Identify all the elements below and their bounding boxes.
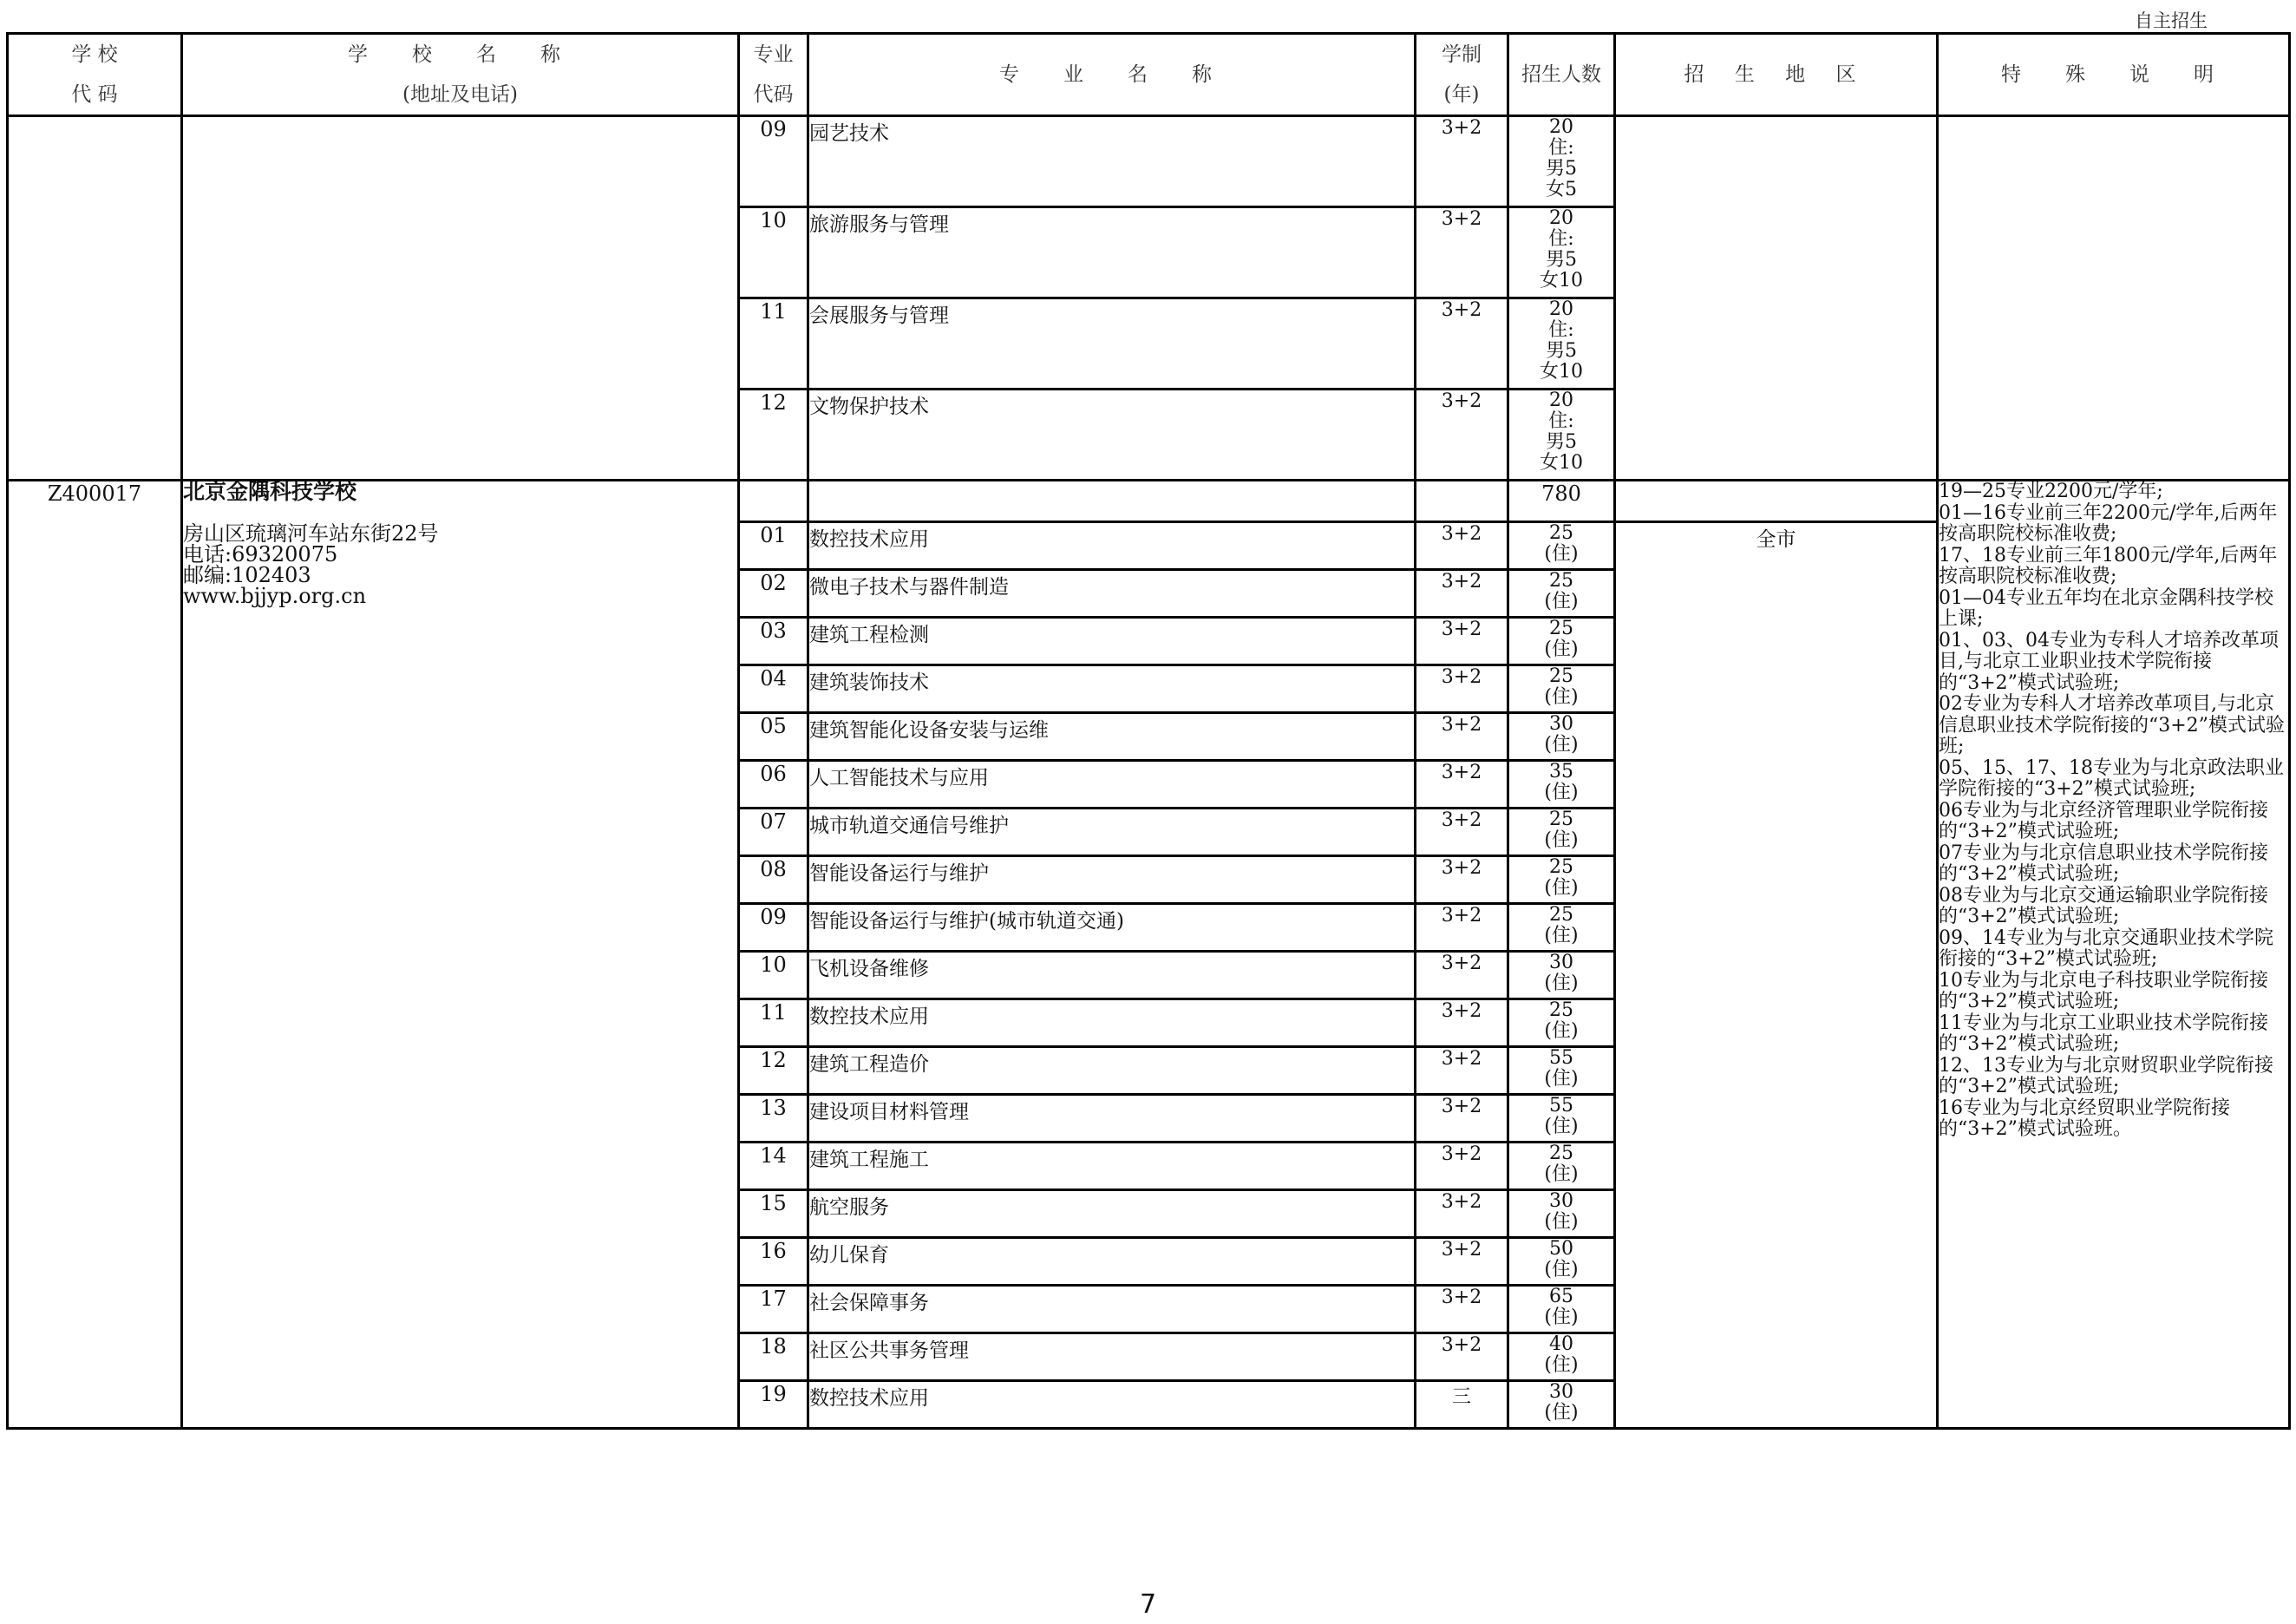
enrollment-count: 20住:男5女5 <box>1508 116 1615 207</box>
header-text: 代码 <box>740 75 807 115</box>
enrollment-count: 65(住) <box>1508 1286 1615 1333</box>
major-name: 建筑工程施工 <box>808 1143 1416 1190</box>
enrollment-line: 25 <box>1509 666 1613 687</box>
enrollment-line: 25 <box>1509 1000 1613 1021</box>
enrollment-line: (住) <box>1509 592 1613 612</box>
enrollment-count: 25(住) <box>1508 618 1615 665</box>
enrollment-count: 40(住) <box>1508 1333 1615 1381</box>
major-code: 09 <box>739 116 808 207</box>
major-name: 建筑智能化设备安装与运维 <box>808 713 1416 761</box>
enrollment-line: (住) <box>1509 1307 1613 1328</box>
enrollment-line: 25 <box>1509 619 1613 639</box>
table-header-row: 学 校 代 码 学 校 名 称 (地址及电话) 专业 代码 专 业 名 称 学制… <box>8 34 2290 116</box>
enrollment-region: 全市 <box>1615 522 1938 1429</box>
enrollment-line: (住) <box>1509 1403 1613 1424</box>
major-code: 04 <box>739 665 808 713</box>
major-code: 13 <box>739 1095 808 1143</box>
enrollment-line: 25 <box>1509 1143 1613 1164</box>
special-notes: 19—25专业2200元/学年;01—16专业前三年2200元/学年,后两年按高… <box>1938 481 2290 1429</box>
major-name: 园艺技术 <box>808 116 1416 207</box>
major-code: 18 <box>739 1333 808 1381</box>
school-code: Z400017 <box>8 481 182 1429</box>
major-code: 02 <box>739 570 808 618</box>
duration: 3+2 <box>1416 809 1508 856</box>
enrollment-count: 20住:男5女10 <box>1508 298 1615 390</box>
header-text: 招 生 地 区 <box>1684 63 1868 86</box>
enrollment-count: 25(住) <box>1508 856 1615 904</box>
enrollment-line: (住) <box>1509 1355 1613 1376</box>
enrollment-count: 25(住) <box>1508 665 1615 713</box>
duration: 3+2 <box>1416 856 1508 904</box>
duration: 3+2 <box>1416 952 1508 999</box>
empty-cell <box>739 481 808 522</box>
major-code: 10 <box>739 207 808 298</box>
duration: 3+2 <box>1416 1190 1508 1238</box>
duration: 3+2 <box>1416 207 1508 298</box>
school-address: 房山区琉璃河车站东街22号 <box>183 523 737 544</box>
enrollment-line: 30 <box>1509 714 1613 735</box>
enrollment-line: (住) <box>1509 973 1613 994</box>
enrollment-line: (住) <box>1509 1069 1613 1090</box>
major-name: 航空服务 <box>808 1190 1416 1238</box>
duration: 3+2 <box>1416 904 1508 952</box>
school-postcode: 邮编:102403 <box>183 565 737 586</box>
major-name: 建筑工程造价 <box>808 1047 1416 1095</box>
enrollment-line: 25 <box>1509 809 1613 830</box>
note-item: 01、03、04专业为专科人才培养改革项目,与北京工业职业技术学院衔接的“3+2… <box>1939 631 2288 695</box>
note-item: 11专业为与北京工业职业技术学院衔接的“3+2”模式试验班; <box>1939 1013 2288 1056</box>
enrollment-line: 50 <box>1509 1239 1613 1260</box>
major-name: 数控技术应用 <box>808 1381 1416 1429</box>
enrollment-count: 25(住) <box>1508 999 1615 1047</box>
note-item: 19—25专业2200元/学年; <box>1939 481 2288 503</box>
enrollment-line: 女10 <box>1509 453 1613 474</box>
header-text: 学 校 名 称 <box>183 35 737 75</box>
school-name: 北京金隅科技学校 <box>183 481 737 502</box>
enrollment-count: 25(住) <box>1508 809 1615 856</box>
enrollment-line: 25 <box>1509 571 1613 592</box>
major-code: 14 <box>739 1143 808 1190</box>
major-code: 17 <box>739 1286 808 1333</box>
enrollment-line: (住) <box>1509 687 1613 708</box>
enrollment-count: 25(住) <box>1508 522 1615 570</box>
note-item: 16专业为与北京经贸职业学院衔接的“3+2”模式试验班。 <box>1939 1098 2288 1141</box>
major-name: 数控技术应用 <box>808 522 1416 570</box>
duration: 3+2 <box>1416 1333 1508 1381</box>
enrollment-count: 30(住) <box>1508 1190 1615 1238</box>
header-text: (年) <box>1416 75 1507 115</box>
duration: 3+2 <box>1416 618 1508 665</box>
duration: 3+2 <box>1416 665 1508 713</box>
enrollment-line: 40 <box>1509 1334 1613 1355</box>
duration: 3+2 <box>1416 1095 1508 1143</box>
enrollment-line: 20 <box>1509 390 1613 411</box>
note-item: 05、15、17、18专业为与北京政法职业学院衔接的“3+2”模式试验班; <box>1939 758 2288 801</box>
enrollment-line: 30 <box>1509 1191 1613 1212</box>
enrollment-line: (住) <box>1509 1116 1613 1137</box>
enrollment-line: (住) <box>1509 1164 1613 1185</box>
enrollment-line: 20 <box>1509 208 1613 229</box>
enrollment-line: (住) <box>1509 1260 1613 1280</box>
major-code: 15 <box>739 1190 808 1238</box>
header-text: 招生人数 <box>1521 63 1601 86</box>
major-name: 社区公共事务管理 <box>808 1333 1416 1381</box>
major-code: 11 <box>739 999 808 1047</box>
header-school-name: 学 校 名 称 (地址及电话) <box>182 34 739 116</box>
header-text: (地址及电话) <box>183 75 737 115</box>
major-name: 建筑工程检测 <box>808 618 1416 665</box>
duration: 3+2 <box>1416 570 1508 618</box>
duration: 3+2 <box>1416 1238 1508 1286</box>
enrollment-count: 55(住) <box>1508 1095 1615 1143</box>
duration: 3+2 <box>1416 522 1508 570</box>
major-name: 文物保护技术 <box>808 390 1416 481</box>
major-name: 飞机设备维修 <box>808 952 1416 999</box>
major-name: 旅游服务与管理 <box>808 207 1416 298</box>
enrollment-line: (住) <box>1509 735 1613 756</box>
enrollment-line: 30 <box>1509 1382 1613 1403</box>
enrollment-line: 住: <box>1509 411 1613 432</box>
major-name: 智能设备运行与维护 <box>808 856 1416 904</box>
school-info-cell <box>182 116 739 481</box>
major-code: 11 <box>739 298 808 390</box>
enrollment-line: 女10 <box>1509 362 1613 383</box>
document-category-label: 自主招生 <box>2135 7 2208 33</box>
major-name: 建筑装饰技术 <box>808 665 1416 713</box>
enrollment-line: 55 <box>1509 1096 1613 1116</box>
enrollment-line: 25 <box>1509 905 1613 926</box>
empty-cell <box>1615 481 1938 522</box>
duration: 3+2 <box>1416 116 1508 207</box>
enrollment-line: 55 <box>1509 1048 1613 1069</box>
enrollment-line: 女5 <box>1509 180 1613 200</box>
duration: 3+2 <box>1416 999 1508 1047</box>
duration: 3+2 <box>1416 1286 1508 1333</box>
major-code: 05 <box>739 713 808 761</box>
note-item: 17、18专业前三年1800元/学年,后两年按高职院校标准收费; <box>1939 546 2288 588</box>
header-major-name: 专 业 名 称 <box>808 34 1416 116</box>
header-school-code: 学 校 代 码 <box>8 34 182 116</box>
school-info: 北京金隅科技学校房山区琉璃河车站东街22号电话:69320075邮编:10240… <box>182 481 739 1429</box>
major-name: 社会保障事务 <box>808 1286 1416 1333</box>
table-row: 09园艺技术3+220住:男5女5 <box>8 116 2290 207</box>
duration: 3+2 <box>1416 390 1508 481</box>
enrollment-count: 55(住) <box>1508 1047 1615 1095</box>
header-text: 代 码 <box>9 75 180 115</box>
note-item: 10专业为与北京电子科技职业学院衔接的“3+2”模式试验班; <box>1939 971 2288 1013</box>
major-name: 会展服务与管理 <box>808 298 1416 390</box>
major-name: 幼儿保育 <box>808 1238 1416 1286</box>
header-duration: 学制 (年) <box>1416 34 1508 116</box>
major-code: 09 <box>739 904 808 952</box>
header-region: 招 生 地 区 <box>1615 34 1938 116</box>
duration: 3+2 <box>1416 1143 1508 1190</box>
page-number: 7 <box>0 1589 2296 1620</box>
enrollment-count: 30(住) <box>1508 1381 1615 1429</box>
header-text: 专 业 名 称 <box>999 63 1224 86</box>
note-item: 01—04专业五年均在北京金隅科技学校上课; <box>1939 588 2288 631</box>
major-code: 06 <box>739 761 808 809</box>
note-item: 06专业为与北京经济管理职业学院衔接的“3+2”模式试验班; <box>1939 801 2288 843</box>
enrollment-line: 女10 <box>1509 271 1613 291</box>
enrollment-line: (住) <box>1509 639 1613 660</box>
empty-cell <box>808 481 1416 522</box>
enrollment-line: 25 <box>1509 523 1613 544</box>
note-item: 09、14专业为与北京交通职业技术学院衔接的“3+2”模式试验班; <box>1939 928 2288 971</box>
major-code: 12 <box>739 390 808 481</box>
enrollment-line: 20 <box>1509 299 1613 320</box>
major-name: 智能设备运行与维护(城市轨道交通) <box>808 904 1416 952</box>
major-code: 03 <box>739 618 808 665</box>
total-enrollment: 780 <box>1508 481 1615 522</box>
major-code: 07 <box>739 809 808 856</box>
major-name: 数控技术应用 <box>808 999 1416 1047</box>
note-item: 08专业为与北京交通运输职业学院衔接的“3+2”模式试验班; <box>1939 886 2288 928</box>
school-code-cell <box>8 116 182 481</box>
header-text: 学制 <box>1416 35 1507 75</box>
school-website[interactable]: www.bjjyp.org.cn <box>183 586 737 606</box>
enrollment-table: 学 校 代 码 学 校 名 称 (地址及电话) 专业 代码 专 业 名 称 学制… <box>6 32 2291 1430</box>
enrollment-line: 20 <box>1509 117 1613 138</box>
enrollment-line: (住) <box>1509 830 1613 851</box>
enrollment-line: (住) <box>1509 878 1613 899</box>
enrollment-line: 25 <box>1509 857 1613 878</box>
school-phone: 电话:69320075 <box>183 544 737 565</box>
enrollment-line: 男5 <box>1509 159 1613 180</box>
header-enrollment: 招生人数 <box>1508 34 1615 116</box>
header-text: 特 殊 说 明 <box>2001 63 2226 86</box>
enrollment-line: (住) <box>1509 1021 1613 1042</box>
enrollment-line: 35 <box>1509 762 1613 783</box>
header-notes: 特 殊 说 明 <box>1938 34 2290 116</box>
duration: 3+2 <box>1416 713 1508 761</box>
enrollment-count: 20住:男5女10 <box>1508 207 1615 298</box>
major-name: 建设项目材料管理 <box>808 1095 1416 1143</box>
enrollment-count: 20住:男5女10 <box>1508 390 1615 481</box>
header-text: 专业 <box>740 35 807 75</box>
header-text: 学 校 <box>9 35 180 75</box>
school-total-row: Z400017北京金隅科技学校房山区琉璃河车站东街22号电话:69320075邮… <box>8 481 2290 522</box>
major-code: 01 <box>739 522 808 570</box>
enrollment-line: 65 <box>1509 1287 1613 1307</box>
enrollment-line: 住: <box>1509 320 1613 341</box>
major-code: 10 <box>739 952 808 999</box>
enrollment-line: (住) <box>1509 1212 1613 1233</box>
duration: 三 <box>1416 1381 1508 1429</box>
major-code: 16 <box>739 1238 808 1286</box>
major-code: 19 <box>739 1381 808 1429</box>
empty-cell <box>1416 481 1508 522</box>
major-name: 城市轨道交通信号维护 <box>808 809 1416 856</box>
enrollment-line: (住) <box>1509 783 1613 803</box>
enrollment-count: 35(住) <box>1508 761 1615 809</box>
enrollment-line: 男5 <box>1509 341 1613 362</box>
enrollment-line: (住) <box>1509 544 1613 565</box>
major-code: 12 <box>739 1047 808 1095</box>
enrollment-line: (住) <box>1509 926 1613 946</box>
enrollment-line: 住: <box>1509 229 1613 250</box>
enrollment-count: 25(住) <box>1508 904 1615 952</box>
duration: 3+2 <box>1416 761 1508 809</box>
note-item: 12、13专业为与北京财贸职业学院衔接的“3+2”模式试验班; <box>1939 1056 2288 1098</box>
duration: 3+2 <box>1416 298 1508 390</box>
major-name: 微电子技术与器件制造 <box>808 570 1416 618</box>
enrollment-count: 25(住) <box>1508 1143 1615 1190</box>
note-item: 01—16专业前三年2200元/学年,后两年按高职院校标准收费; <box>1939 503 2288 546</box>
header-major-code: 专业 代码 <box>739 34 808 116</box>
enrollment-count: 30(住) <box>1508 713 1615 761</box>
enrollment-count: 50(住) <box>1508 1238 1615 1286</box>
note-item: 07专业为与北京信息职业技术学院衔接的“3+2”模式试验班; <box>1939 843 2288 886</box>
enrollment-line: 住: <box>1509 138 1613 159</box>
notes-cell <box>1938 116 2290 481</box>
note-item: 02专业为专科人才培养改革项目,与北京信息职业技术学院衔接的“3+2”模式试验班… <box>1939 694 2288 758</box>
duration: 3+2 <box>1416 1047 1508 1095</box>
enrollment-line: 30 <box>1509 953 1613 973</box>
major-name: 人工智能技术与应用 <box>808 761 1416 809</box>
enrollment-line: 男5 <box>1509 432 1613 453</box>
major-code: 08 <box>739 856 808 904</box>
enrollment-count: 25(住) <box>1508 570 1615 618</box>
region-cell <box>1615 116 1938 481</box>
enrollment-count: 30(住) <box>1508 952 1615 999</box>
enrollment-line: 男5 <box>1509 250 1613 271</box>
